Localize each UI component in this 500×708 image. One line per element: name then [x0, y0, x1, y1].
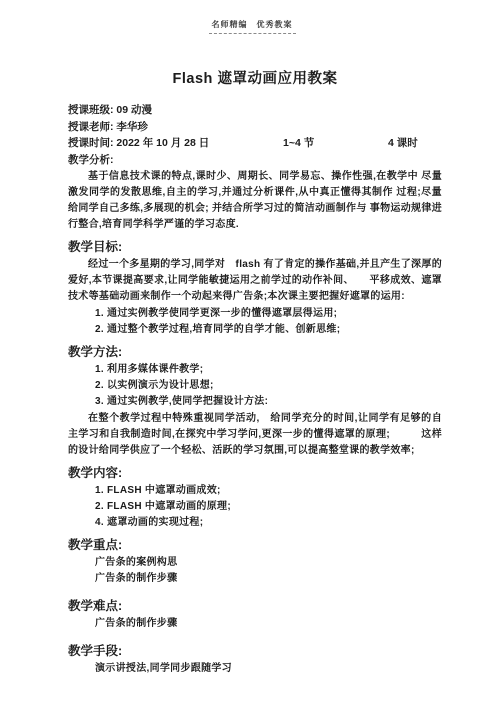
section-methods: 教学方法: 1. 利用多媒体课件教学; 2. 以实例演示为设计思想; 3. 通过…: [68, 343, 442, 459]
info-block: 授课班级: 09 动漫 授课老师: 李华珍 授课时间: 2022 年 10 月 …: [68, 102, 442, 152]
document-page: 名师精编 优秀教案 Flash 遮罩动画应用教案 授课班级: 09 动漫 授课老…: [0, 0, 500, 708]
section-analysis-heading: 教学分析:: [68, 152, 442, 169]
section-methods-paragraph: 在整个教学过程中特殊重视同学活动, 给同学充分的时间,让同学有足够的自主学习和自…: [68, 411, 442, 459]
section-analysis: 教学分析: 基于信息技术课的特点,课时少、周期长、同学易忘、操作性强,在教学中 …: [68, 152, 442, 234]
key-points-item-2: 广告条的制作步骤: [68, 571, 442, 587]
section-difficulties-heading: 教学难点:: [68, 597, 442, 615]
section-means: 教学手段: 演示讲授法,同学同步跟随学习: [68, 642, 442, 677]
section-analysis-paragraph: 基于信息技术课的特点,课时少、周期长、同学易忘、操作性强,在教学中 尽量激发同学…: [68, 169, 442, 233]
section-goals: 教学目标: 经过一个多星期的学习,同学对 flash 有了肯定的操作基础,并且产…: [68, 238, 442, 338]
section-difficulties: 教学难点: 广告条的制作步骤: [68, 597, 442, 632]
header: 名师精编 优秀教案: [62, 14, 442, 40]
section-goals-heading: 教学目标:: [68, 238, 442, 256]
time-text: 授课时间: 2022 年 10 月 28 日: [68, 135, 283, 152]
means-item-1: 演示讲授法,同学同步跟随学习: [68, 661, 442, 677]
periods-text: 1~4 节: [283, 135, 388, 152]
section-means-heading: 教学手段:: [68, 642, 442, 660]
section-content-heading: 教学内容:: [68, 464, 442, 482]
page-title: Flash 遮罩动画应用教案: [68, 67, 442, 88]
section-goals-paragraph: 经过一个多星期的学习,同学对 flash 有了肯定的操作基础,并且产生了深厚的爱…: [68, 257, 442, 305]
time-line: 授课时间: 2022 年 10 月 28 日 1~4 节 4 课时: [68, 135, 442, 152]
difficulties-item-1: 广告条的制作步骤: [68, 616, 442, 632]
section-key-points: 教学重点: 广告条的案例构思 广告条的制作步骤: [68, 536, 442, 587]
key-points-item-1: 广告条的案例构思: [68, 555, 442, 571]
content-item-3: 4. 遮罩动画的实现过程;: [68, 515, 442, 531]
hours-text: 4 课时: [388, 135, 418, 152]
content-item-1: 1. FLASH 中遮罩动画成效;: [68, 483, 442, 499]
teacher-line: 授课老师: 李华珍: [68, 119, 442, 136]
section-methods-heading: 教学方法:: [68, 343, 442, 361]
goals-item-2: 2. 通过整个教学过程,培育同学的自学才能、创新思维;: [68, 322, 442, 338]
content-item-2: 2. FLASH 中遮罩动画的原理;: [68, 499, 442, 515]
class-line: 授课班级: 09 动漫: [68, 102, 442, 119]
goals-item-1: 1. 通过实例教学使同学更深一步的懂得遮罩层得运用;: [68, 306, 442, 322]
section-key-points-heading: 教学重点:: [68, 536, 442, 554]
methods-item-2: 2. 以实例演示为设计思想;: [68, 378, 442, 394]
section-content: 教学内容: 1. FLASH 中遮罩动画成效; 2. FLASH 中遮罩动画的原…: [68, 464, 442, 531]
methods-item-3: 3. 通过实例教学,使同学把握设计方法:: [68, 394, 442, 410]
methods-item-1: 1. 利用多媒体课件教学;: [68, 362, 442, 378]
watermark-text: 名师精编 优秀教案: [209, 19, 296, 34]
